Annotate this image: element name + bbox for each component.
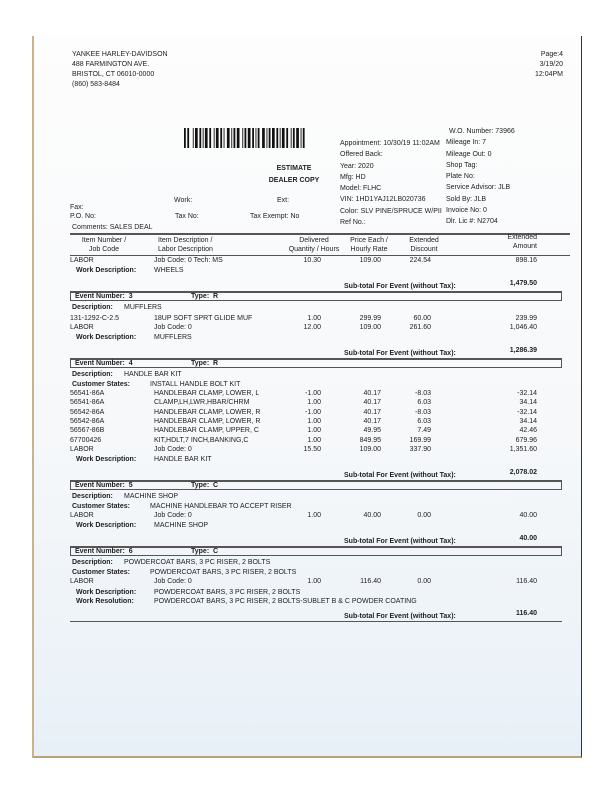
line-item-quantity: 1.00	[307, 426, 321, 435]
estimate-page: YANKEE HARLEY-DAVIDSON 488 FARMINGTON AV…	[32, 36, 582, 758]
line-item-amount: 239.99	[516, 314, 537, 323]
line-item-discount: 337.90	[410, 445, 431, 454]
event-number-label: Event Number: 5	[75, 482, 133, 490]
line-item-number: LABOR	[70, 445, 94, 454]
print-date: 3/19/20	[535, 60, 563, 70]
line-item-amount: 34.14	[519, 417, 537, 426]
event-header: Event Number: 5Type: C	[70, 481, 562, 490]
line-item-quantity: 1.00	[307, 511, 321, 520]
work-resolution-label: Work Resolution:	[76, 597, 134, 606]
line-item-discount: 0.00	[417, 577, 431, 586]
line-item-description: Job Code: 0	[154, 511, 192, 520]
customer-states-label: Customer States:	[72, 502, 130, 511]
work-description-label: Work Description:	[76, 266, 136, 275]
line-item-quantity: 12.00	[303, 323, 321, 332]
line-item-amount: 42.46	[519, 426, 537, 435]
line-item-price: 116.40	[360, 577, 381, 586]
subtotal-amount: 116.40	[516, 609, 537, 618]
line-item-description: HANDLEBAR CLAMP, LOWER, R	[154, 408, 260, 417]
subtotal-divider	[70, 621, 562, 622]
event-type-label: Type: R	[191, 293, 218, 301]
line-item-discount: -8.03	[415, 389, 431, 398]
offered-back: Offered Back:	[340, 149, 442, 160]
vehicle-year: Year: 2020	[340, 161, 442, 172]
line-item-price: 40.17	[363, 398, 381, 407]
line-item-number: LABOR	[70, 323, 94, 332]
event-description-label: Description:	[72, 492, 113, 501]
col-amount: Extended Amount	[487, 233, 537, 251]
mileage-in: Mileage In: 7	[446, 137, 515, 148]
line-item-quantity: 1.00	[307, 417, 321, 426]
event-number-label: Event Number: 4	[75, 360, 133, 368]
event-type: C	[213, 548, 218, 555]
line-item-description: Job Code: 0 Tech: MS	[154, 256, 223, 265]
line-item-discount: 261.60	[410, 323, 431, 332]
line-item-quantity: 1.00	[307, 398, 321, 407]
line-item-discount: 6.03	[417, 417, 431, 426]
line-item-number: 56567-86B	[70, 426, 104, 435]
line-item-description: CLAMP,LH,LWR,HBAR/CHRM	[154, 398, 249, 407]
dlr-lic: Dlr. Lic #: N2704	[446, 216, 515, 227]
customer-states-value: POWDERCOAT BARS, 3 PC RISER, 2 BOLTS	[150, 568, 296, 577]
line-item-amount: 34.14	[519, 398, 537, 407]
work-description-label: Work Description:	[76, 455, 136, 464]
customer-states-value: MACHINE HANDLEBAR TO ACCEPT RISER	[150, 502, 292, 511]
print-time: 12:04PM	[535, 70, 563, 80]
line-item-number: LABOR	[70, 577, 94, 586]
line-item-description: Job Code: 0	[154, 445, 192, 454]
line-item-discount: 224.54	[410, 256, 431, 265]
event-header: Event Number: 4Type: R	[70, 359, 562, 368]
vehicle-info-left: Appointment: 10/30/19 11:02AM Offered Ba…	[340, 138, 442, 228]
event-description-value: MUFFLERS	[124, 303, 162, 312]
sold-by: Sold By: JLB	[446, 194, 515, 205]
line-item-number: LABOR	[70, 256, 94, 265]
tax-exempt: Tax Exempt: No	[250, 212, 299, 221]
col-qty-1: Delivered	[284, 236, 344, 245]
plate-no: Plate No:	[446, 171, 515, 182]
event-number: 5	[129, 482, 133, 489]
subtotal-label: Sub-total For Event (without Tax):	[344, 349, 456, 358]
subtotal-amount: 1,286.39	[510, 346, 537, 355]
line-item-description: HANDLEBAR CLAMP, LOWER, R	[154, 417, 260, 426]
event-number-label: Event Number: 3	[75, 293, 133, 301]
tax-no-label: Tax No:	[175, 212, 199, 221]
col-price-2: Hourly Rate	[344, 245, 394, 254]
work-description-label: Work Description:	[76, 333, 136, 342]
line-item-description: Job Code: 0	[154, 577, 192, 586]
vehicle-vin: VIN: 1HD1YAJ12LB020736	[340, 194, 442, 205]
event-description-label: Description:	[72, 303, 113, 312]
line-item-price: 109.00	[360, 323, 381, 332]
event-description-label: Description:	[72, 558, 113, 567]
event-type-label: Type: R	[191, 360, 218, 368]
fax-label: Fax:	[70, 203, 84, 212]
dealer-address: 488 FARMINGTON AVE.	[72, 60, 168, 70]
subtotal-label: Sub-total For Event (without Tax):	[344, 471, 456, 480]
col-item-number: Item Number / Job Code	[74, 236, 134, 254]
document-title: ESTIMATE DEALER COPY	[254, 163, 334, 187]
wo-number: W.O. Number: 73966	[446, 126, 515, 137]
col-price: Price Each / Hourly Rate	[344, 236, 394, 254]
dealer-phone: (860) 583-8484	[72, 80, 168, 90]
col-qty-2: Quantity / Hours	[284, 245, 344, 254]
event-header: Event Number: 3Type: R	[70, 292, 562, 301]
mileage-out: Mileage Out: 0	[446, 149, 515, 160]
line-item-price: 40.17	[363, 389, 381, 398]
line-item-number: LABOR	[70, 511, 94, 520]
line-item-amount: 116.40	[516, 577, 537, 586]
line-item-price: 849.95	[360, 436, 381, 445]
col-item-1: Item Number /	[74, 236, 134, 245]
service-advisor: Service Advisor: JLB	[446, 182, 515, 193]
line-item-quantity: -1.00	[305, 408, 321, 417]
ext-label: Ext:	[277, 196, 289, 205]
page-info: Page:4 3/19/20 12:04PM	[535, 50, 563, 80]
line-item-amount: 1,351.60	[510, 445, 537, 454]
subtotal-amount: 2,078.02	[510, 468, 537, 477]
line-item-quantity: 1.00	[307, 577, 321, 586]
event-type: R	[213, 293, 218, 300]
line-item-price: 40.17	[363, 417, 381, 426]
work-description-value: MUFFLERS	[154, 333, 192, 342]
line-item-number: 56541-86A	[70, 389, 104, 398]
subtotal-amount: 1,479.50	[510, 279, 537, 288]
work-description-value: HANDLE BAR KIT	[154, 455, 212, 464]
col-discount: Extended Discount	[399, 236, 449, 254]
line-item-description: 18UP SOFT SPRT GLIDE MUF	[154, 314, 252, 323]
line-item-discount: 169.99	[410, 436, 431, 445]
col-item-2: Job Code	[74, 245, 134, 254]
work-description-value: WHEELS	[154, 266, 184, 275]
vehicle-info-right: W.O. Number: 73966 Mileage In: 7 Mileage…	[446, 126, 515, 228]
event-description-value: HANDLE BAR KIT	[124, 370, 182, 379]
dealer-info: YANKEE HARLEY-DAVIDSON 488 FARMINGTON AV…	[72, 50, 168, 90]
col-desc-1: Item Description /	[158, 236, 213, 245]
event-number: 4	[129, 360, 133, 367]
line-item-amount: -32.14	[517, 389, 537, 398]
work-description-value: MACHINE SHOP	[154, 521, 208, 530]
line-item-quantity: 1.00	[307, 314, 321, 323]
line-item-discount: 0.00	[417, 511, 431, 520]
po-label: P.O. No:	[70, 212, 96, 221]
line-item-price: 109.00	[360, 256, 381, 265]
line-item-amount: -32.14	[517, 408, 537, 417]
line-item-number: 56542-86A	[70, 417, 104, 426]
line-item-discount: -8.03	[415, 408, 431, 417]
line-item-amount: 40.00	[519, 511, 537, 520]
line-item-price: 40.17	[363, 408, 381, 417]
comments: Comments: SALES DEAL	[72, 223, 153, 232]
event-description-label: Description:	[72, 370, 113, 379]
line-item-number: 56542-86A	[70, 408, 104, 417]
line-item-price: 49.95	[363, 426, 381, 435]
line-item-quantity: 1.00	[307, 436, 321, 445]
event-type: R	[213, 360, 218, 367]
title-estimate: ESTIMATE	[254, 163, 334, 175]
line-item-discount: 6.03	[417, 398, 431, 407]
col-disc-2: Discount	[399, 245, 449, 254]
event-description-value: POWDERCOAT BARS, 3 PC RISER, 2 BOLTS	[124, 558, 270, 567]
subtotal-amount: 40.00	[519, 534, 537, 543]
line-item-amount: 898.16	[516, 256, 537, 265]
line-item-discount: 60.00	[413, 314, 431, 323]
dealer-name: YANKEE HARLEY-DAVIDSON	[72, 50, 168, 60]
customer-states-label: Customer States:	[72, 380, 130, 389]
line-item-number: 56541-86A	[70, 398, 104, 407]
vehicle-color: Color: SLV PINE/SPRUCE W/PII	[340, 206, 442, 217]
barcode-icon	[184, 128, 340, 148]
subtotal-label: Sub-total For Event (without Tax):	[344, 282, 456, 291]
col-amt-1: Extended	[487, 233, 537, 242]
dealer-city: BRISTOL, CT 06010-0000	[72, 70, 168, 80]
ref-no: Ref No.:	[340, 217, 442, 228]
shop-tag: Shop Tag:	[446, 160, 515, 171]
line-item-quantity: -1.00	[305, 389, 321, 398]
event-description-value: MACHINE SHOP	[124, 492, 178, 501]
col-price-1: Price Each /	[344, 236, 394, 245]
work-description-value: POWDERCOAT BARS, 3 PC RISER, 2 BOLTS	[154, 588, 300, 597]
work-resolution-value: POWDERCOAT BARS, 3 PC RISER, 2 BOLTS-SUB…	[154, 597, 417, 606]
page-number: Page:4	[535, 50, 563, 60]
event-number: 3	[129, 293, 133, 300]
event-type-label: Type: C	[191, 548, 218, 556]
line-item-description: HANDLEBAR CLAMP, LOWER, L	[154, 389, 259, 398]
title-dealer-copy: DEALER COPY	[254, 175, 334, 187]
event-type: C	[213, 482, 218, 489]
line-item-price: 299.99	[360, 314, 381, 323]
col-disc-1: Extended	[399, 236, 449, 245]
line-item-description: KIT,HDLT,7 INCH,BANKING,C	[154, 436, 248, 445]
col-quantity: Delivered Quantity / Hours	[284, 236, 344, 254]
subtotal-label: Sub-total For Event (without Tax):	[344, 612, 456, 621]
event-number-label: Event Number: 6	[75, 548, 133, 556]
event-type-label: Type: C	[191, 482, 218, 490]
line-item-quantity: 15.50	[303, 445, 321, 454]
line-item-quantity: 10.30	[303, 256, 321, 265]
line-item-number: 131-1292-C-2.5	[70, 314, 119, 323]
appointment: Appointment: 10/30/19 11:02AM	[340, 138, 442, 149]
event-header: Event Number: 6Type: C	[70, 547, 562, 556]
work-label: Work:	[174, 196, 192, 205]
col-amt-2: Amount	[487, 242, 537, 251]
col-item-description: Item Description / Labor Description	[158, 236, 213, 254]
line-item-discount: 7.49	[417, 426, 431, 435]
vehicle-mfg: Mfg: HD	[340, 172, 442, 183]
line-item-price: 109.00	[360, 445, 381, 454]
col-desc-2: Labor Description	[158, 245, 213, 254]
subtotal-label: Sub-total For Event (without Tax):	[344, 537, 456, 546]
event-number: 6	[129, 548, 133, 555]
vehicle-model: Model: FLHC	[340, 183, 442, 194]
line-item-description: HANDLEBAR CLAMP, UPPER, C	[154, 426, 259, 435]
line-item-amount: 679.96	[516, 436, 537, 445]
work-description-label: Work Description:	[76, 521, 136, 530]
line-item-price: 40.00	[363, 511, 381, 520]
customer-states-label: Customer States:	[72, 568, 130, 577]
line-item-amount: 1,046.40	[510, 323, 537, 332]
work-description-label: Work Description:	[76, 588, 136, 597]
customer-states-value: INSTALL HANDLE BOLT KIT	[150, 380, 240, 389]
invoice-no: Invoice No: 0	[446, 205, 515, 216]
line-item-number: 67700426	[70, 436, 101, 445]
line-item-description: Job Code: 0	[154, 323, 192, 332]
